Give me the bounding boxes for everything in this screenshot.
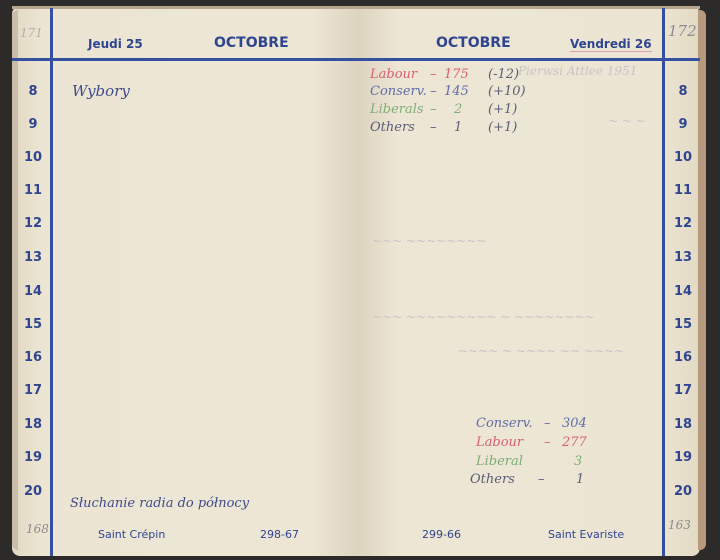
- result-seats: 1: [454, 120, 462, 135]
- result-party: Liberal: [476, 454, 523, 469]
- hour-14: 14: [666, 284, 700, 299]
- result-party: Labour: [370, 67, 417, 82]
- hour-15: 15: [666, 317, 700, 332]
- hour-10: 10: [666, 150, 700, 165]
- page-number-bottom: 163: [668, 518, 691, 532]
- result-seats: 277: [562, 435, 587, 450]
- saint-name: Saint Crépin: [98, 528, 165, 541]
- hour-10: 10: [16, 150, 50, 165]
- result-change: (+1): [488, 102, 517, 117]
- day-count: 298-67: [260, 528, 299, 541]
- result-seats: 175: [444, 67, 469, 82]
- result-seats: 2: [454, 102, 462, 117]
- page-number-bottom: 168: [26, 522, 49, 536]
- page-number-top: 172: [668, 22, 697, 40]
- result-seats: 145: [444, 84, 469, 99]
- day-count: 299-66: [422, 528, 461, 541]
- hour-12: 12: [16, 216, 50, 231]
- hour-12: 12: [666, 216, 700, 231]
- handwritten-note: Wybory: [72, 82, 130, 100]
- result-party: Others: [370, 120, 415, 135]
- header-rule: [358, 58, 700, 61]
- result-party: Liberals: [370, 102, 424, 117]
- hour-18: 18: [666, 417, 700, 432]
- hour-11: 11: [666, 183, 700, 198]
- month-label: OCTOBRE: [214, 35, 289, 51]
- header-rule: [12, 58, 358, 61]
- margin-line: [662, 8, 665, 556]
- page-number-top: 171: [20, 26, 43, 40]
- hour-19: 19: [16, 450, 50, 465]
- result-party: Conserv.: [476, 416, 533, 431]
- hour-13: 13: [16, 250, 50, 265]
- open-diary: 171 Jeudi 25 OCTOBRE 8 9 10 11 12 13 14 …: [8, 6, 700, 556]
- result-change: (+1): [488, 120, 517, 135]
- hour-17: 17: [666, 383, 700, 398]
- day-label: Vendredi 26: [570, 37, 652, 52]
- handwritten-note: Słuchanie radia do północy: [70, 496, 249, 511]
- result-seats: 3: [574, 454, 582, 469]
- result-party: Conserv.: [370, 84, 427, 99]
- result-seats: 304: [562, 416, 587, 431]
- hour-9: 9: [666, 117, 700, 132]
- right-page: OCTOBRE Vendredi 26 172 8 9 10 11 12 13 …: [358, 6, 700, 556]
- day-label: Jeudi 25: [88, 37, 143, 51]
- result-change: (-12): [488, 67, 519, 82]
- hour-18: 18: [16, 417, 50, 432]
- hour-20: 20: [16, 484, 50, 499]
- hour-14: 14: [16, 284, 50, 299]
- hour-8: 8: [16, 84, 50, 99]
- month-label: OCTOBRE: [436, 35, 511, 51]
- margin-line: [50, 8, 53, 556]
- hour-8: 8: [666, 84, 700, 99]
- result-party: Others: [470, 472, 515, 487]
- result-seats: 1: [576, 472, 584, 487]
- hour-16: 16: [16, 350, 50, 365]
- hour-20: 20: [666, 484, 700, 499]
- hour-16: 16: [666, 350, 700, 365]
- hour-15: 15: [16, 317, 50, 332]
- hour-11: 11: [16, 183, 50, 198]
- hour-9: 9: [16, 117, 50, 132]
- result-party: Labour: [476, 435, 523, 450]
- hour-13: 13: [666, 250, 700, 265]
- left-page: 171 Jeudi 25 OCTOBRE 8 9 10 11 12 13 14 …: [12, 6, 358, 556]
- saint-name: Saint Evariste: [548, 528, 624, 541]
- result-change: (+10): [488, 84, 526, 99]
- hour-17: 17: [16, 383, 50, 398]
- hour-19: 19: [666, 450, 700, 465]
